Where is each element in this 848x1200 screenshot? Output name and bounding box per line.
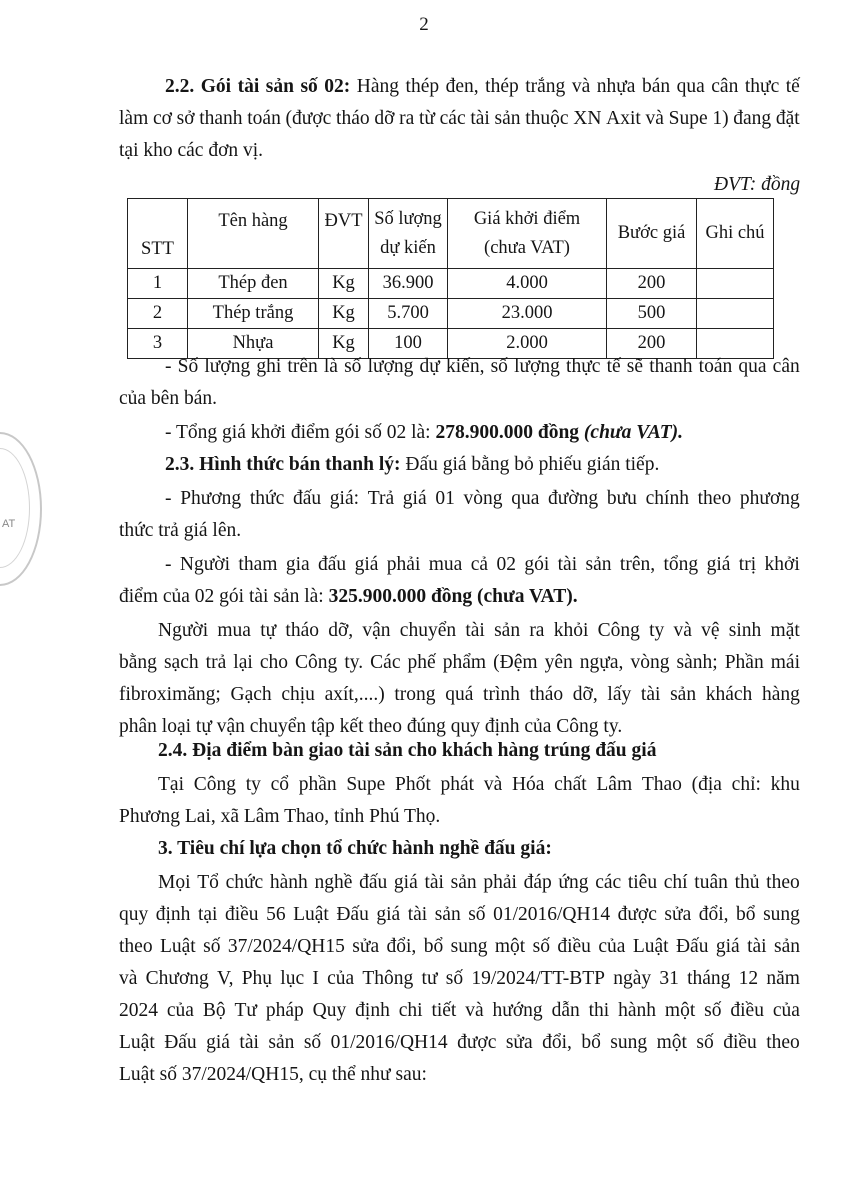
stamp-text: AT (2, 518, 15, 530)
cell-step: 200 (607, 269, 697, 299)
header-stt: STT (128, 199, 188, 269)
header-unit: ĐVT (319, 199, 369, 269)
combined-total-amount: 325.900.000 đồng (chưa VAT). (329, 586, 578, 607)
section-3-line-7: Luật số 37/2024/QH15, cụ thể như sau: (119, 1065, 427, 1085)
section-2-2-line-2: làmcơsởthanhtoán(đượctháodỡratừcáctàisản… (119, 109, 800, 129)
cell-qty: 36.900 (369, 269, 448, 299)
cell-unit: Kg (319, 269, 369, 299)
table-row: 3 Nhựa Kg 100 2.000 200 (128, 329, 774, 359)
total-amount: 278.900.000 đồng (435, 422, 579, 443)
cell-price: 4.000 (448, 269, 607, 299)
section-3-line-3: theoLuậtsố37/2024/QH15sửađổi,bổsungmộtsố… (119, 937, 800, 957)
qty-note-line-1: -Sốlượngghitrênlàsốlượngdựkiến,sốlượngth… (165, 357, 800, 377)
cell-unit: Kg (319, 299, 369, 329)
header-note: Ghi chú (697, 199, 774, 269)
buyer-line-1: -Ngườithamgiađấugiáphảimuacả02góitàisảnt… (165, 555, 800, 575)
buyer-duty-line-3: fibroximăng;Gạchchịuaxít,....)trongquátr… (119, 685, 800, 705)
cell-name: Nhựa (188, 329, 319, 359)
buyer-duty-line-2: bằngsạchtrảlạichoCôngty.Cácphếphẩm(Đệmyê… (119, 653, 800, 673)
table-header-row: STT Tên hàng ĐVT Số lượngdự kiến Giá khở… (128, 199, 774, 269)
cell-note (697, 299, 774, 329)
buyer-line-2: điểm của 02 gói tài sản là: 325.900.000 … (119, 587, 578, 607)
cell-step: 200 (607, 329, 697, 359)
cell-name: Thép đen (188, 269, 319, 299)
header-step: Bước giá (607, 199, 697, 269)
cell-stt: 1 (128, 269, 188, 299)
asset-table: STT Tên hàng ĐVT Số lượngdự kiến Giá khở… (127, 198, 774, 359)
section-3-line-4: vàChươngV,PhụlụcIcủaThôngtưsố19/2024/TT-… (119, 969, 800, 989)
section-3-line-1: MọiTổchứchànhnghềđấugiátàisảnphảiđápứngc… (158, 873, 800, 893)
header-price: Giá khởi điểm(chưa VAT) (448, 199, 607, 269)
cell-qty: 5.700 (369, 299, 448, 329)
section-2-4-line-1: TạiCôngtycổphầnSupePhốtphátvàHóachấtLâmT… (158, 775, 800, 795)
table-row: 1 Thép đen Kg 36.900 4.000 200 (128, 269, 774, 299)
section-3-line-6: LuậtĐấugiátàisảnsố01/2016/QH14đượcsửađổi… (119, 1033, 800, 1053)
cell-note (697, 269, 774, 299)
section-2-4-heading: 2.4. Địa điểm bàn giao tài sản cho khách… (158, 740, 656, 761)
cell-stt: 2 (128, 299, 188, 329)
cell-qty: 100 (369, 329, 448, 359)
page-number: 2 (0, 14, 848, 36)
header-name: Tên hàng (188, 199, 319, 269)
section-2-3-heading-line: 2.3. Hình thức bán thanh lý: Đấu giá bằn… (165, 455, 659, 475)
buyer-duty-line-4: phân loại tự vận chuyển tập kết theo đún… (119, 717, 622, 737)
cell-name: Thép trắng (188, 299, 319, 329)
table-row: 2 Thép trắng Kg 5.700 23.000 500 (128, 299, 774, 329)
total-note: - Tổng giá khởi điểm gói số 02 là: 278.9… (165, 423, 683, 443)
buyer-duty-line-1: Ngườimuatựtháodỡ,vậnchuyểntàisảnrakhỏiCô… (158, 621, 800, 641)
qty-note-line-2: của bên bán. (119, 389, 217, 409)
method-line-2: thức trả giá lên. (119, 521, 241, 541)
section-2-2-line-3: tại kho các đơn vị. (119, 141, 263, 161)
section-2-4-line-2: Phương Lai, xã Lâm Thao, tỉnh Phú Thọ. (119, 807, 440, 827)
cell-price: 2.000 (448, 329, 607, 359)
unit-note: ĐVT: đồng (714, 174, 800, 195)
cell-unit: Kg (319, 329, 369, 359)
cell-stt: 3 (128, 329, 188, 359)
cell-price: 23.000 (448, 299, 607, 329)
section-3-line-2: quyđịnhtạiđiều56LuậtĐấugiátàisảnsố01/201… (119, 905, 800, 925)
header-qty: Số lượngdự kiến (369, 199, 448, 269)
section-2-3-heading: 2.3. Hình thức bán thanh lý: (165, 454, 400, 475)
cell-note (697, 329, 774, 359)
method-line-1: -Phươngthứcđấugiá:Trảgiá01vòngquađườngbư… (165, 489, 800, 509)
section-2-2-line-1: 2.2.Góitàisảnsố02:Hàngthépđen,théptrắngv… (165, 77, 800, 97)
section-3-line-5: 2024củaBộTưphápQuyđịnhchitiếtvàhướngdẫnt… (119, 1001, 800, 1021)
section-3-heading: 3. Tiêu chí lựa chọn tổ chức hành nghề đ… (158, 838, 552, 859)
cell-step: 500 (607, 299, 697, 329)
